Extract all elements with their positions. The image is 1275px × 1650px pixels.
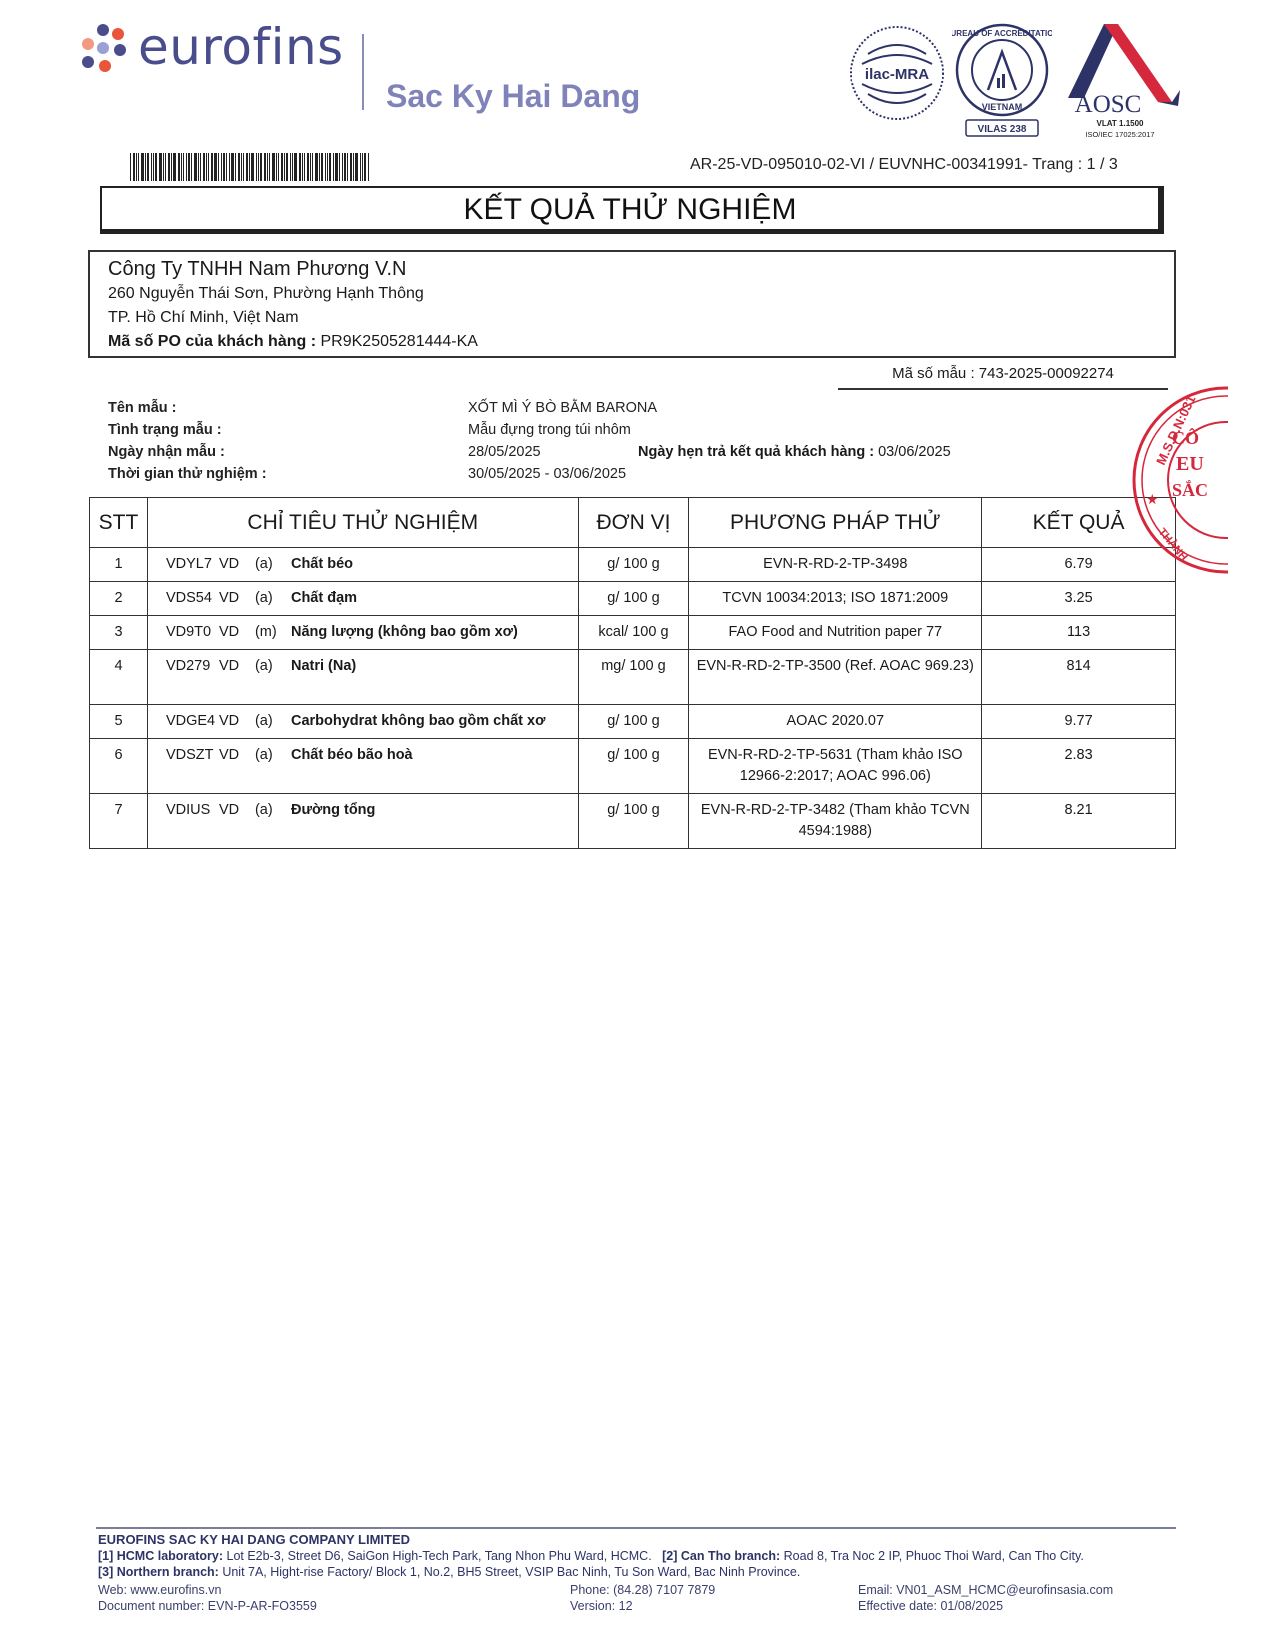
footer-text: Road 8, Tra Noc 2 IP, Phuoc Thoi Ward, C… (780, 1549, 1084, 1563)
indicator-lab: VD (219, 800, 255, 821)
info-row-name: Tên mẫu : XỐT MÌ Ý BÒ BẰM BARONA (108, 400, 1008, 422)
footer-label: [2] Can Tho branch: (662, 1549, 780, 1563)
footer-label: [1] HCMC laboratory: (98, 1549, 223, 1563)
footer-divider (96, 1527, 1176, 1529)
info-value: 28/05/2025 (468, 444, 541, 460)
barcode (130, 153, 390, 181)
cell-unit: g/ 100 g (578, 739, 689, 794)
indicator-accreditation: (a) (255, 554, 291, 575)
svg-text:AOSC: AOSC (1075, 91, 1142, 118)
po-label: Mã số PO của khách hàng : (108, 333, 316, 350)
svg-text:EU: EU (1176, 453, 1204, 475)
info-label: Ngày nhận mẫu : (108, 444, 225, 460)
indicator-accreditation: (a) (255, 800, 291, 821)
cell-result: 8.21 (982, 794, 1176, 849)
cell-unit: kcal/ 100 g (578, 616, 689, 650)
client-address-1: 260 Nguyễn Thái Sơn, Phường Hạnh Thông (108, 282, 1156, 306)
info-value: 30/05/2025 - 03/06/2025 (468, 466, 626, 482)
cell-unit: g/ 100 g (578, 582, 689, 616)
cell-stt: 2 (90, 582, 148, 616)
indicator-lab: VD (219, 745, 255, 766)
brand-name: eurofins (138, 18, 344, 76)
title-box: KẾT QUẢ THỬ NGHIỆM (100, 186, 1164, 234)
svg-text:ilac-MRA: ilac-MRA (865, 66, 929, 83)
indicator-lab: VD (219, 711, 255, 732)
cell-stt: 4 (90, 650, 148, 705)
cell-indicator: VDIUSVD(a)Đường tổng (147, 794, 578, 849)
cell-indicator: VDSZTVD(a)Chất béo bão hoà (147, 739, 578, 794)
table-row: 5VDGE4VD(a)Carbohydrat không bao gồm chấ… (90, 705, 1176, 739)
indicator-code: VD279 (154, 656, 219, 677)
official-stamp: M.S.D.N:031 ★ THÀNH CÔ EU SẮC (1128, 382, 1228, 578)
header-stt: STT (90, 498, 148, 548)
cell-indicator: VDS54VD(a)Chất đạm (147, 582, 578, 616)
aosc-logo: AOSC VLAT 1.1500 ISO/IEC 17025:2017 (1060, 20, 1180, 140)
cell-unit: g/ 100 g (578, 794, 689, 849)
cell-result: 113 (982, 616, 1176, 650)
cell-stt: 7 (90, 794, 148, 849)
indicator-accreditation: (a) (255, 588, 291, 609)
info-row-received: Ngày nhận mẫu : 28/05/2025 Ngày hẹn trả … (108, 444, 1008, 466)
svg-text:CÔ: CÔ (1172, 427, 1199, 448)
indicator-code: VDSZT (154, 745, 219, 766)
footer-label: [3] Northern branch: (98, 1565, 219, 1579)
indicator-lab: VD (219, 554, 255, 575)
indicator-name: Đường tổng (291, 802, 375, 818)
footer-line-2: [3] Northern branch: Unit 7A, Hight-rise… (98, 1564, 1198, 1580)
cell-method: FAO Food and Nutrition paper 77 (689, 616, 982, 650)
header-method: PHƯƠNG PHÁP THỬ (689, 498, 982, 548)
due-date: Ngày hẹn trả kết quả khách hàng : 03/06/… (638, 444, 951, 460)
ilac-mra-logo: ilac-MRA (848, 24, 946, 122)
cell-unit: mg/ 100 g (578, 650, 689, 705)
indicator-name: Natri (Na) (291, 658, 356, 674)
table-row: 2VDS54VD(a)Chất đạmg/ 100 gTCVN 10034:20… (90, 582, 1176, 616)
due-value: 03/06/2025 (878, 444, 951, 460)
cell-stt: 6 (90, 739, 148, 794)
svg-text:ISO/IEC 17025:2017: ISO/IEC 17025:2017 (1085, 130, 1154, 139)
client-name: Công Ty TNHH Nam Phương V.N (108, 256, 1156, 282)
table-row: 6VDSZTVD(a)Chất béo bão hoàg/ 100 gEVN-R… (90, 739, 1176, 794)
po-value: PR9K2505281444-KA (321, 333, 478, 350)
indicator-accreditation: (a) (255, 656, 291, 677)
footer-effective-date: Effective date: 01/08/2025 (858, 1598, 1113, 1614)
cell-method: EVN-R-RD-2-TP-5631 (Tham khảo ISO 12966-… (689, 739, 982, 794)
footer-phone: Phone: (84.28) 7107 7879 (570, 1582, 715, 1598)
info-label: Tên mẫu : (108, 400, 176, 416)
indicator-lab: VD (219, 656, 255, 677)
svg-text:★: ★ (1146, 491, 1159, 507)
indicator-accreditation: (m) (255, 622, 291, 643)
cell-indicator: VDGE4VD(a)Carbohydrat không bao gồm chất… (147, 705, 578, 739)
footer-version: Version: 12 (570, 1598, 715, 1614)
footer-text: Lot E2b-3, Street D6, SaiGon High-Tech P… (223, 1549, 652, 1563)
cell-unit: g/ 100 g (578, 705, 689, 739)
client-address-2: TP. Hồ Chí Minh, Việt Nam (108, 306, 1156, 330)
cell-method: AOAC 2020.07 (689, 705, 982, 739)
indicator-code: VDGE4 (154, 711, 219, 732)
svg-text:VILAS 238: VILAS 238 (978, 124, 1027, 135)
table-row: 3VD9T0VD(m)Năng lượng (không bao gồm xơ)… (90, 616, 1176, 650)
footer-line-1: [1] HCMC laboratory: Lot E2b-3, Street D… (98, 1548, 1198, 1564)
indicator-accreditation: (a) (255, 711, 291, 732)
info-label: Thời gian thử nghiệm : (108, 466, 267, 482)
cell-stt: 1 (90, 548, 148, 582)
page-title: KẾT QUẢ THỬ NGHIỆM (102, 188, 1158, 232)
cell-method: EVN-R-RD-2-TP-3500 (Ref. AOAC 969.23) (689, 650, 982, 705)
table-header-row: STT CHỈ TIÊU THỬ NGHIỆM ĐƠN VỊ PHƯƠNG PH… (90, 498, 1176, 548)
footer-web[interactable]: Web: www.eurofins.vn (98, 1582, 317, 1598)
indicator-accreditation: (a) (255, 745, 291, 766)
footer: EUROFINS SAC KY HAI DANG COMPANY LIMITED… (98, 1532, 1198, 1580)
sample-id: Mã số mẫu : 743-2025-00092274 (838, 365, 1168, 390)
indicator-code: VDIUS (154, 800, 219, 821)
info-label: Tình trạng mẫu : (108, 422, 222, 438)
table-row: 4VD279VD(a)Natri (Na)mg/ 100 gEVN-R-RD-2… (90, 650, 1176, 705)
cell-method: TCVN 10034:2013; ISO 1871:2009 (689, 582, 982, 616)
results-table: STT CHỈ TIÊU THỬ NGHIỆM ĐƠN VỊ PHƯƠNG PH… (89, 497, 1176, 849)
info-row-period: Thời gian thử nghiệm : 30/05/2025 - 03/0… (108, 466, 1008, 488)
cell-indicator: VD9T0VD(m)Năng lượng (không bao gồm xơ) (147, 616, 578, 650)
indicator-code: VD9T0 (154, 622, 219, 643)
cell-stt: 3 (90, 616, 148, 650)
info-row-condition: Tình trạng mẫu : Mẫu đựng trong túi nhôm (108, 422, 1008, 444)
indicator-name: Chất béo bão hoà (291, 747, 413, 763)
svg-text:SẮC: SẮC (1172, 479, 1208, 500)
cell-result: 9.77 (982, 705, 1176, 739)
report-reference: AR-25-VD-095010-02-VI / EUVNHC-00341991-… (690, 156, 1118, 174)
cell-indicator: VDYL7VD(a)Chất béo (147, 548, 578, 582)
boa-vietnam-logo: BUREAU OF ACCREDITATION VIETNAM VILAS 23… (952, 22, 1052, 140)
client-po: Mã số PO của khách hàng : PR9K2505281444… (108, 330, 1156, 354)
table-row: 1VDYL7VD(a)Chất béog/ 100 gEVN-R-RD-2-TP… (90, 548, 1176, 582)
indicator-code: VDS54 (154, 588, 219, 609)
cell-method: EVN-R-RD-2-TP-3482 (Tham khảo TCVN 4594:… (689, 794, 982, 849)
cell-method: EVN-R-RD-2-TP-3498 (689, 548, 982, 582)
info-value: XỐT MÌ Ý BÒ BẰM BARONA (468, 400, 657, 416)
eurofins-logo-mark (78, 24, 128, 74)
footer-company: EUROFINS SAC KY HAI DANG COMPANY LIMITED (98, 1532, 1198, 1548)
cell-result: 3.25 (982, 582, 1176, 616)
svg-text:BUREAU OF ACCREDITATION: BUREAU OF ACCREDITATION (952, 29, 1052, 38)
client-box: Công Ty TNHH Nam Phương V.N 260 Nguyễn T… (88, 250, 1176, 358)
indicator-name: Chất béo (291, 556, 353, 572)
due-label: Ngày hẹn trả kết quả khách hàng : (638, 444, 874, 460)
svg-text:VIETNAM: VIETNAM (982, 102, 1023, 112)
brand-subtitle: Sac Ky Hai Dang (386, 78, 640, 115)
cell-indicator: VD279VD(a)Natri (Na) (147, 650, 578, 705)
svg-text:VLAT 1.1500: VLAT 1.1500 (1097, 119, 1145, 128)
header-divider (362, 34, 364, 110)
info-value: Mẫu đựng trong túi nhôm (468, 422, 631, 438)
indicator-name: Năng lượng (không bao gồm xơ) (291, 624, 518, 640)
cell-stt: 5 (90, 705, 148, 739)
cell-result: 2.83 (982, 739, 1176, 794)
cell-unit: g/ 100 g (578, 548, 689, 582)
header-indicator: CHỈ TIÊU THỬ NGHIỆM (147, 498, 578, 548)
footer-email[interactable]: Email: VN01_ASM_HCMC@eurofinsasia.com (858, 1582, 1113, 1598)
indicator-name: Chất đạm (291, 590, 357, 606)
footer-text: Unit 7A, Hight-rise Factory/ Block 1, No… (219, 1565, 801, 1579)
indicator-name: Carbohydrat không bao gồm chất xơ (291, 713, 545, 729)
indicator-lab: VD (219, 588, 255, 609)
table-row: 7VDIUSVD(a)Đường tổngg/ 100 gEVN-R-RD-2-… (90, 794, 1176, 849)
header-unit: ĐƠN VỊ (578, 498, 689, 548)
indicator-lab: VD (219, 622, 255, 643)
indicator-code: VDYL7 (154, 554, 219, 575)
sample-info: Tên mẫu : XỐT MÌ Ý BÒ BẰM BARONA Tình tr… (108, 400, 1008, 488)
cell-result: 814 (982, 650, 1176, 705)
footer-doc-number: Document number: EVN-P-AR-FO3559 (98, 1598, 317, 1614)
